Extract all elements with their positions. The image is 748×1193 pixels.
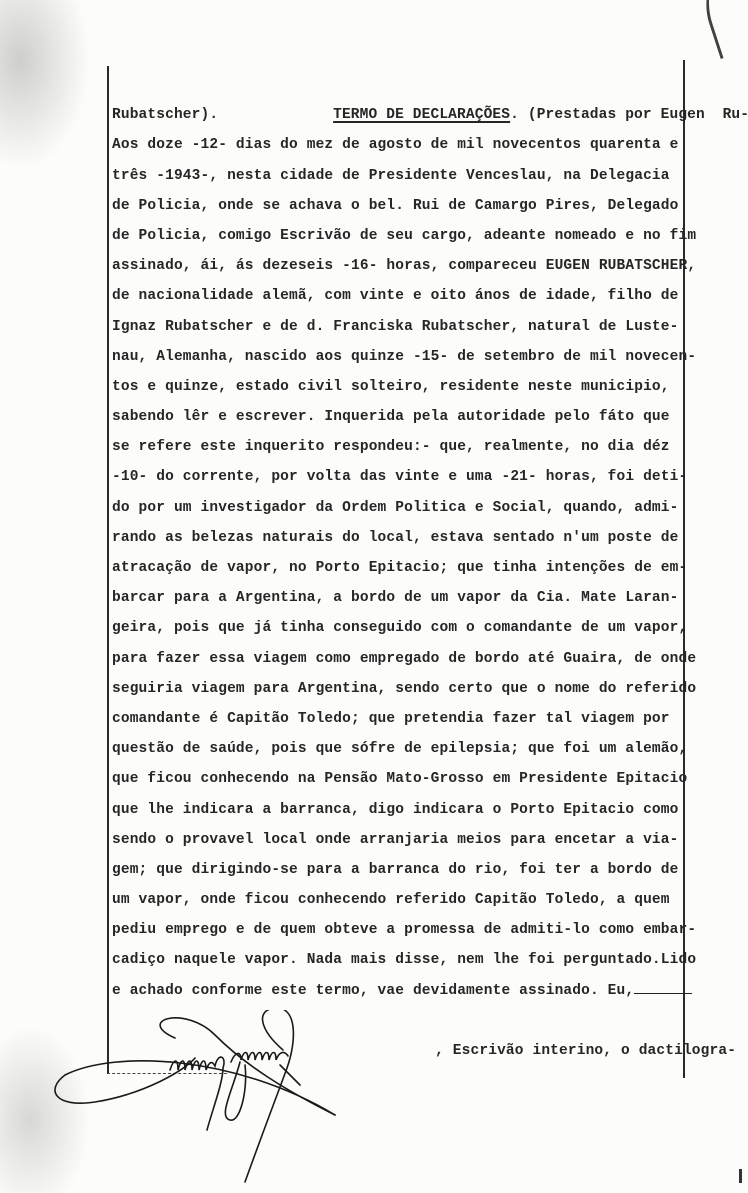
- text-line: do por um investigador da Ordem Politica…: [112, 493, 712, 523]
- text-line: atracação de vapor, no Porto Epitacio; q…: [112, 553, 712, 583]
- text-line: tos e quinze, estado civil solteiro, res…: [112, 372, 712, 402]
- title-line: TERMO DE DECLARAÇÕES. (Prestadas por Eug…: [112, 70, 712, 100]
- text-line: se refere este inquerito respondeu:- que…: [112, 432, 712, 462]
- text-line: sabendo lêr e escrever. Inquerida pela a…: [112, 402, 712, 432]
- text-line: sendo o provavel local onde arranjaria m…: [112, 825, 712, 855]
- closing-text: , Escrivão interino, o dactilogra-: [435, 1043, 736, 1059]
- body-paragraph: Rubatscher).Aos doze -12- dias do mez de…: [112, 100, 712, 1006]
- text-line: geira, pois que já tinha conseguido com …: [112, 613, 712, 643]
- text-line: assinado, ái, ás dezeseis -16- horas, co…: [112, 251, 712, 281]
- typewritten-text: TERMO DE DECLARAÇÕES. (Prestadas por Eug…: [112, 70, 712, 1036]
- text-line: rando as belezas naturais do local, esta…: [112, 523, 712, 553]
- text-line: de Policia, comigo Escrivão de seu cargo…: [112, 221, 712, 251]
- text-line: e achado conforme este termo, vae devida…: [112, 976, 712, 1006]
- text-line: questão de saúde, pois que sófre de epil…: [112, 734, 712, 764]
- text-line: três -1943-, nesta cidade de Presidente …: [112, 161, 712, 191]
- text-line: seguiria viagem para Argentina, sendo ce…: [112, 674, 712, 704]
- left-margin-rule: [107, 66, 109, 1073]
- page-corner-fold: [693, 0, 748, 59]
- text-line: de nacionalidade alemã, com vinte e oito…: [112, 281, 712, 311]
- text-line: que lhe indicara a barranca, digo indica…: [112, 795, 712, 825]
- text-line: Aos doze -12- dias do mez de agosto de m…: [112, 130, 712, 160]
- text-line: para fazer essa viagem como empregado de…: [112, 644, 712, 674]
- document-title: TERMO DE DECLARAÇÕES: [333, 107, 510, 123]
- scanned-page: TERMO DE DECLARAÇÕES. (Prestadas por Eug…: [0, 0, 748, 1193]
- text-line: que ficou conhecendo na Pensão Mato-Gros…: [112, 764, 712, 794]
- text-line: um vapor, onde ficou conhecendo referido…: [112, 885, 712, 915]
- text-line: Ignaz Rubatscher e de d. Franciska Rubat…: [112, 312, 712, 342]
- text-line: de Policia, onde se achava o bel. Rui de…: [112, 191, 712, 221]
- text-line: pediu emprego e de quem obteve a promess…: [112, 915, 712, 945]
- title-suffix: . (Prestadas por Eugen Ru-: [510, 107, 748, 123]
- scan-mark: [739, 1169, 742, 1183]
- handwritten-signature: [35, 1010, 415, 1185]
- text-line: nau, Alemanha, nascido aos quinze -15- d…: [112, 342, 712, 372]
- signature-blank-line: [634, 983, 692, 994]
- text-line: cadiço naquele vapor. Nada mais disse, n…: [112, 945, 712, 975]
- text-line: gem; que dirigindo-se para a barranca do…: [112, 855, 712, 885]
- text-line: barcar para a Argentina, a bordo de um v…: [112, 583, 712, 613]
- text-line: -10- do corrente, por volta das vinte e …: [112, 462, 712, 492]
- text-line: comandante é Capitão Toledo; que pretend…: [112, 704, 712, 734]
